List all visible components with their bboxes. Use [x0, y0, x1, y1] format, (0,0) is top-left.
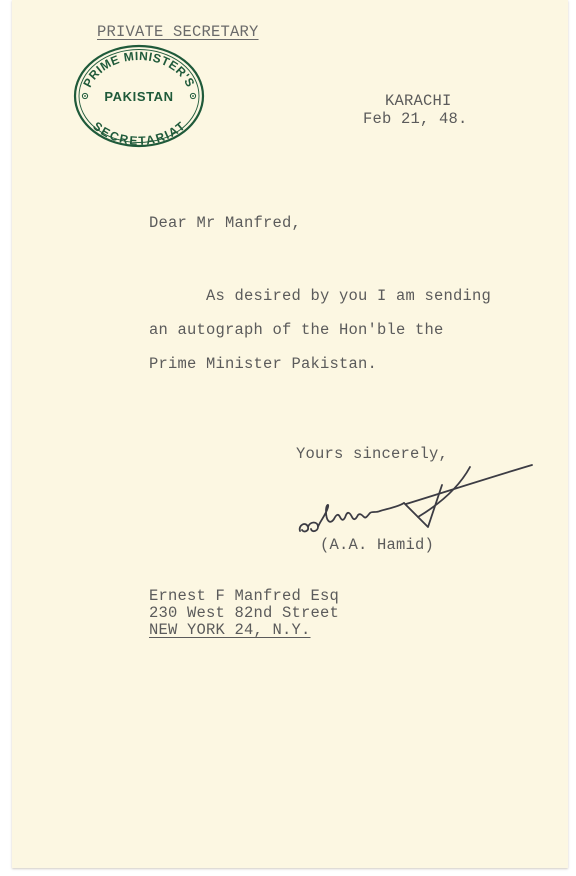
dateline-place: KARACHI	[385, 93, 452, 110]
letter-page: PRIVATE SECRETARY PRIME MINISTER'S PAKIS…	[12, 0, 568, 868]
recipient-name: Ernest F Manfred Esq	[149, 588, 339, 605]
dateline-date: Feb 21, 48.	[363, 111, 468, 128]
recipient-city: NEW YORK 24, N.Y.	[149, 622, 311, 639]
secretariat-stamp-icon: PRIME MINISTER'S PAKISTAN SECRETARIAT	[72, 44, 206, 148]
body-line-1: As desired by you I am sending	[149, 288, 491, 305]
recipient-street: 230 West 82nd Street	[149, 605, 339, 622]
stamp-top-text: PRIME MINISTER'S	[80, 49, 197, 90]
signatory-name: (A.A. Hamid)	[320, 537, 434, 554]
body-line-2: an autograph of the Hon'ble the	[149, 322, 444, 339]
body-line-3: Prime Minister Pakistan.	[149, 356, 377, 373]
handwritten-signature-icon	[298, 455, 538, 545]
stamp-center-text: PAKISTAN	[104, 89, 173, 104]
salutation: Dear Mr Manfred,	[149, 215, 301, 232]
letterhead-department: PRIVATE SECRETARY	[97, 24, 259, 41]
svg-text:PRIME MINISTER'S: PRIME MINISTER'S	[80, 49, 197, 90]
svg-text:SECRETARIAT: SECRETARIAT	[90, 119, 188, 148]
stamp-bottom-text: SECRETARIAT	[90, 119, 188, 148]
